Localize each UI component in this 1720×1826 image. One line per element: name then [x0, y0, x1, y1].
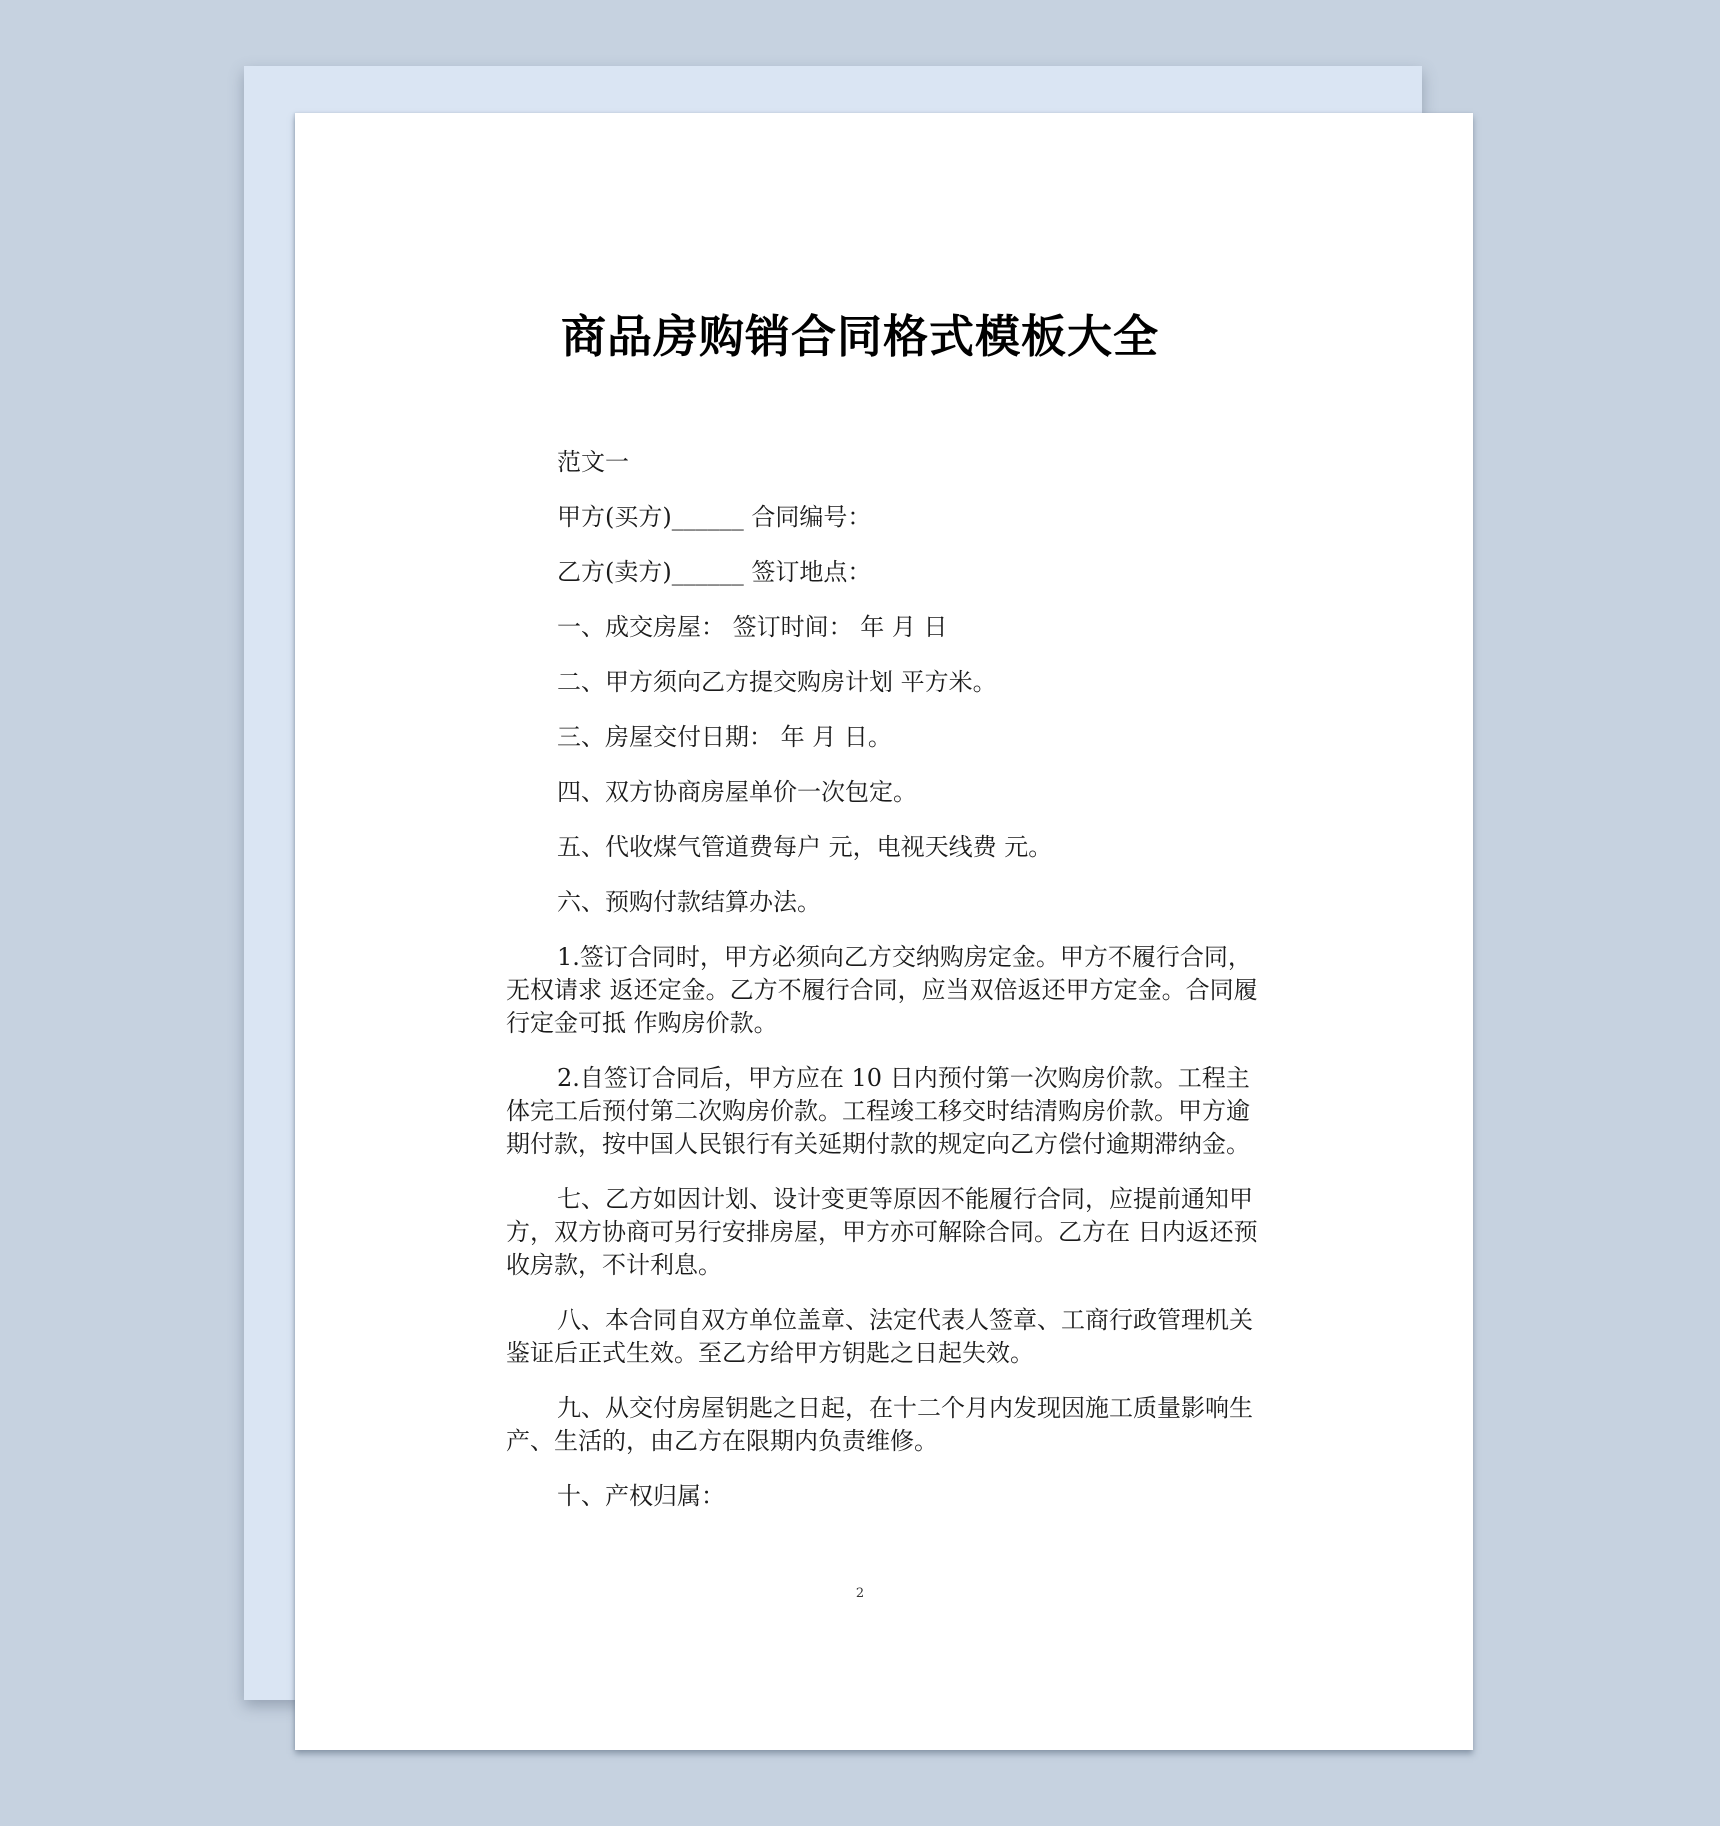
- paragraph-sample-label: 范文一: [506, 446, 1258, 479]
- paragraph-clause-7: 七、乙方如因计划、设计变更等原因不能履行合同，应提前通知甲方，双方协商可另行安排…: [506, 1183, 1258, 1282]
- paragraph-clause-6-item-2: 2.自签订合同后，甲方应在 10 日内预付第一次购房价款。工程主体完工后预付第二…: [506, 1062, 1258, 1161]
- paragraph-clause-10: 十、产权归属：: [506, 1480, 1258, 1513]
- document-title: 商品房购销合同格式模板大全: [0, 300, 1720, 365]
- paragraph-clause-1: 一、成交房屋： 签订时间： 年 月 日: [506, 611, 1258, 644]
- paragraph-party-b: 乙方(卖方)______ 签订地点：: [506, 556, 1258, 589]
- paragraph-clause-6: 六、预购付款结算办法。: [506, 886, 1258, 919]
- paragraph-clause-8: 八、本合同自双方单位盖章、法定代表人签章、工商行政管理机关鉴证后正式生效。至乙方…: [506, 1304, 1258, 1370]
- paragraph-party-a: 甲方(买方)______ 合同编号：: [506, 501, 1258, 534]
- paragraph-clause-5: 五、代收煤气管道费每户 元，电视天线费 元。: [506, 831, 1258, 864]
- paragraph-clause-4: 四、双方协商房屋单价一次包定。: [506, 776, 1258, 809]
- page-number: 2: [0, 1586, 1720, 1601]
- paragraph-clause-6-item-1: 1.签订合同时，甲方必须向乙方交纳购房定金。甲方不履行合同，无权请求 返还定金。…: [506, 941, 1258, 1040]
- document-body: 范文一 甲方(买方)______ 合同编号： 乙方(卖方)______ 签订地点…: [506, 446, 1258, 1535]
- paragraph-clause-9: 九、从交付房屋钥匙之日起，在十二个月内发现因施工质量影响生产、生活的，由乙方在限…: [506, 1392, 1258, 1458]
- paragraph-clause-3: 三、房屋交付日期： 年 月 日。: [506, 721, 1258, 754]
- paragraph-clause-2: 二、甲方须向乙方提交购房计划 平方米。: [506, 666, 1258, 699]
